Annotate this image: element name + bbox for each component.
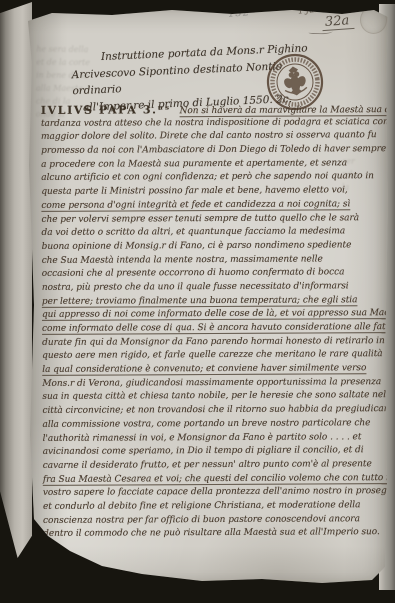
body-line: come informato delle cose di qua. Si è a…	[42, 321, 390, 337]
body-lines: tardanza vostra atteso che la nostra ind…	[41, 116, 391, 542]
page-stack-left-edge	[0, 2, 32, 558]
body-line: buona opinione di Monsig.r di Fano, ci è…	[42, 239, 390, 255]
incipit-julius-papa: IVLIVS PAPA 3.ᵘˢ	[41, 103, 171, 117]
body-line: la qual consideratione è convenuto; et c…	[42, 362, 390, 378]
body-first-line-text: Non si haverà da maravigliare la Maestà …	[180, 105, 395, 116]
manuscript-body: IVLIVS PAPA 3.ᵘˢ Non si haverà da maravi…	[41, 102, 391, 542]
body-line: et condurlo al debito fine et religione …	[43, 499, 391, 515]
body-line: cavarne il desiderato frutto, et per nes…	[43, 458, 391, 474]
body-first-line: IVLIVS PAPA 3.ᵘˢ Non si haverà da maravi…	[41, 102, 389, 118]
manuscript-scan: he sera dellaet de la cortein bene de la…	[0, 0, 395, 603]
body-line: promesso da noi con l'Ambasciatore di Do…	[41, 143, 389, 159]
body-line: nostra, più presto che da uno il quale f…	[42, 280, 390, 296]
pencil-folio-number: 132	[228, 7, 251, 20]
body-line: alla commissione vostra, come portando u…	[43, 417, 391, 433]
body-line: dentro il commodo che ne può risultare a…	[43, 526, 391, 542]
manuscript-page: he sera dellaet de la cortein bene de la…	[22, 5, 388, 593]
body-line: come persona d'ogni integrità et fede et…	[41, 198, 389, 214]
folio-number: 32a	[321, 13, 354, 31]
